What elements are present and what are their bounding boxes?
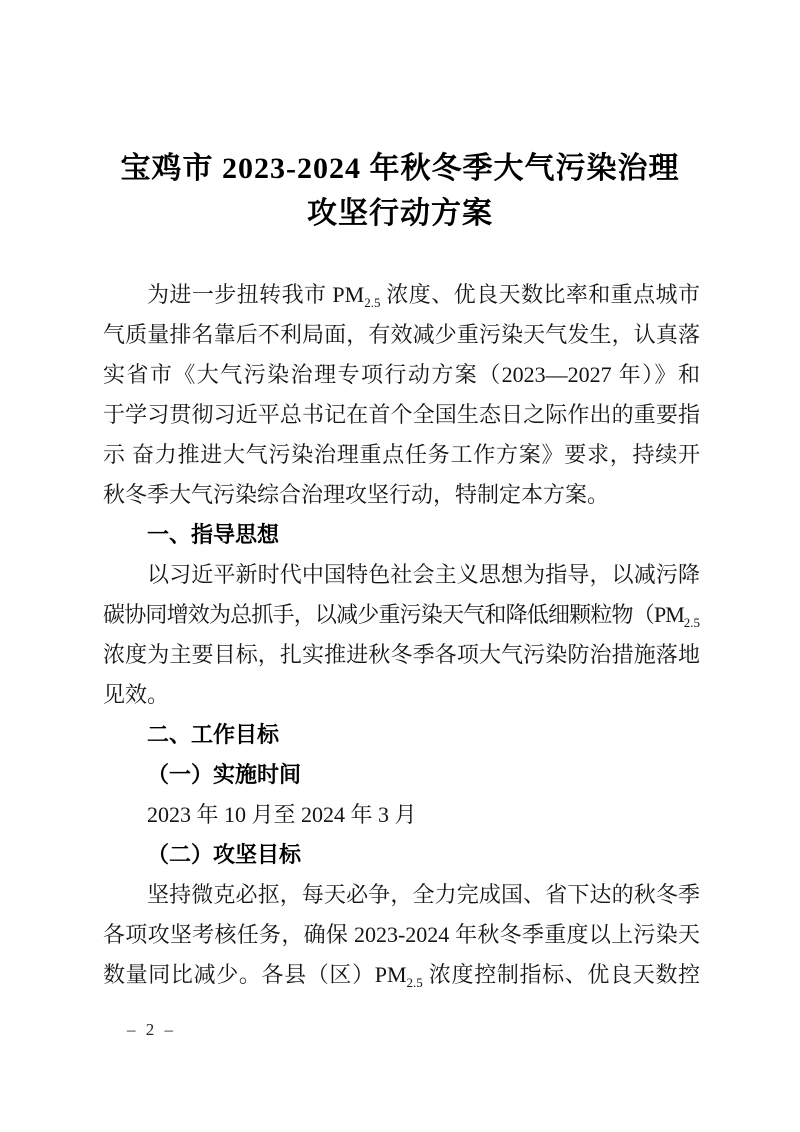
paragraph: 坚持微克必抠，每天必争，全力完成国、省下达的秋冬季各项攻坚考核任务，确保 202… [103,875,700,995]
paragraph: 为进一步扭转我市 PM2.5 浓度、优良天数比率和重点城市空气质量排名靠后不利局… [103,275,700,515]
title-line-1: 宝鸡市 2023-2024 年秋冬季大气污染治理 [0,146,800,191]
text-line: 秋冬季大气污染综合治理攻坚行动，特制定本方案。 [103,475,700,515]
section-heading: 一、指导思想 [103,515,700,555]
paragraph: 以习近平新时代中国特色社会主义思想为指导，以减污降碳协同增效为总抓手，以减少重污… [103,555,700,715]
pm25-label: PM2.5 [654,602,700,627]
date-line: 2023 年 10 月至 2024 年 3 月 [103,795,700,835]
document-page: 宝鸡市 2023-2024 年秋冬季大气污染治理 攻坚行动方案 为进一步扭转我市… [0,0,800,1132]
text-line: 于学习贯彻习近平总书记在首个全国生态日之际作出的重要指 [103,395,700,435]
text-line: 碳协同增效为总抓手，以减少重污染天气和降低细颗粒物（PM2.5） [103,595,700,635]
sub-heading: （二）攻坚目标 [103,835,700,875]
text-line: 坚持微克必抠，每天必争，全力完成国、省下达的秋冬季 [103,875,700,915]
section-heading: 二、工作目标 [103,715,700,755]
text-line: 各项攻坚考核任务，确保 2023-2024 年秋冬季重度以上污染天 [103,915,700,955]
text-line: 浓度为主要目标，扎实推进秋冬季各项大气污染防治措施落地 [103,635,700,675]
pm25-label: PM2.5 [375,962,423,987]
text-line: 示 奋力推进大气污染治理重点任务工作方案》要求，持续开展 [103,435,700,475]
text-line: 为进一步扭转我市 PM2.5 浓度、优良天数比率和重点城市空 [103,275,700,315]
page-number: – 2 – [127,1018,176,1042]
text-line: 见效。 [103,675,700,715]
text-line: 以习近平新时代中国特色社会主义思想为指导，以减污降 [103,555,700,595]
document-title: 宝鸡市 2023-2024 年秋冬季大气污染治理 攻坚行动方案 [0,146,800,236]
document-body: 为进一步扭转我市 PM2.5 浓度、优良天数比率和重点城市空气质量排名靠后不利局… [103,275,700,995]
title-line-2: 攻坚行动方案 [0,191,800,236]
text-line: 实省市《大气污染治理专项行动方案（2023—2027 年）》和《关 [103,355,700,395]
text-line: 数量同比减少。各县（区）PM2.5 浓度控制指标、优良天数控制指 [103,955,700,995]
text-line: 气质量排名靠后不利局面，有效减少重污染天气发生，认真落 [103,315,700,355]
sub-heading: （一）实施时间 [103,755,700,795]
pm25-label: PM2.5 [332,282,380,307]
